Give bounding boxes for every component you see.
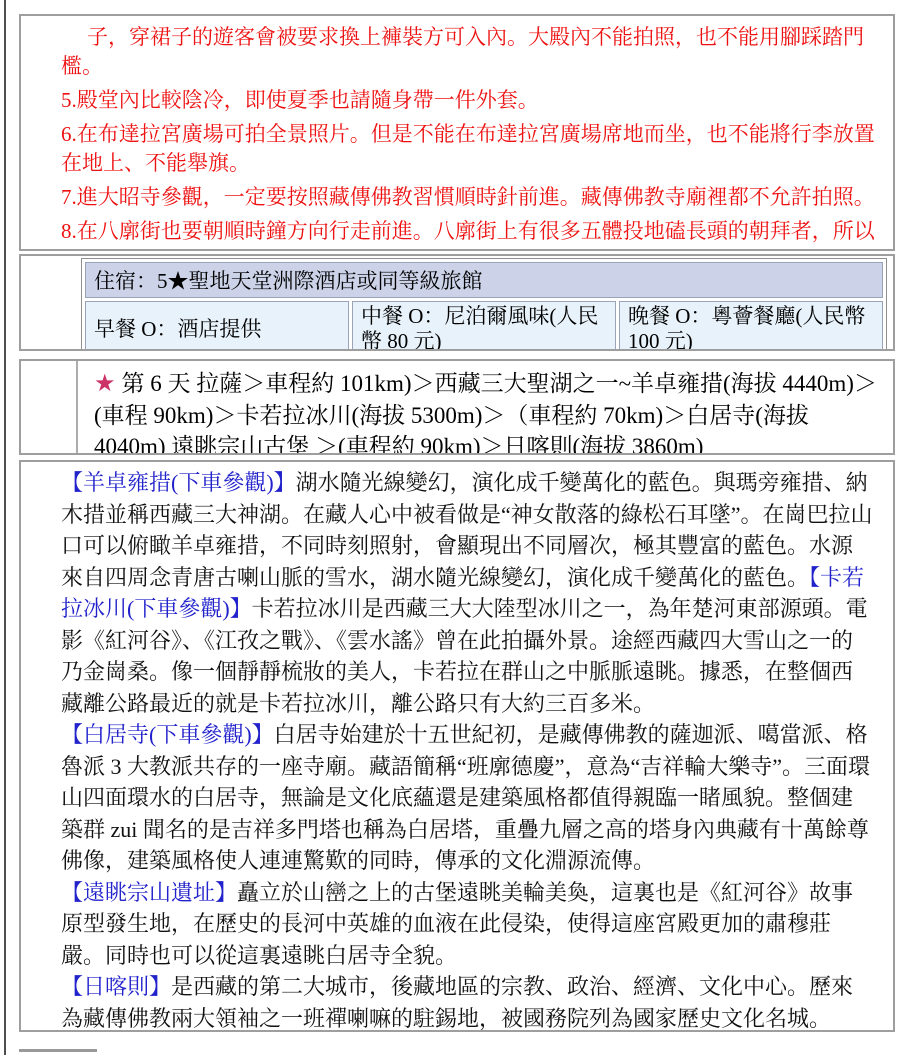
- note-line: 子，穿裙子的遊客會被要求換上褲裝方可入內。大殿內不能拍照，也不能用腳踩踏門檻。: [61, 23, 881, 81]
- section-title: 【羊卓雍措(下車參觀)】: [61, 470, 296, 495]
- meals-table: 住宿：5★聖地天堂洲際酒店或同等級旅館 早餐 O：酒店提供 中餐 O：尼泊爾風味…: [81, 258, 887, 351]
- section-title: 【白居寺(下車參觀)】: [61, 722, 274, 747]
- section-paragraph: 【遠眺宗山遺址】矗立於山巒之上的古堡遠眺美輪美奐，這裏也是《紅河谷》故事原型發生…: [61, 877, 873, 972]
- section-paragraph: 【日喀則】是西藏的第二大城市，後藏地區的宗教、政治、經濟、文化中心。歷來為藏傳佛…: [61, 971, 873, 1032]
- document-page: 子，穿裙子的遊客會被要求換上褲裝方可入內。大殿內不能拍照，也不能用腳踩踏門檻。 …: [0, 0, 912, 1055]
- day-header-box: ★第 6 天 拉薩＞車程約 101km)＞西藏三大聖湖之一~羊卓雍措(海拔 44…: [19, 359, 895, 455]
- day-header-spacer: [21, 361, 78, 453]
- section-title: 【日喀則】: [61, 974, 171, 999]
- dinner-cell: 晚餐 O：粵薈餐廳(人民幣 100 元): [619, 301, 883, 351]
- notes-box: 子，穿裙子的遊客會被要求換上褲裝方可入內。大殿內不能拍照，也不能用腳踩踏門檻。 …: [19, 14, 895, 251]
- next-section-edge: [19, 1049, 97, 1052]
- note-line: 7.進大昭寺參觀，一定要按照藏傳佛教習慣順時針前進。藏傳佛教寺廟裡都不允許拍照。: [61, 183, 881, 212]
- meals-box: 住宿：5★聖地天堂洲際酒店或同等級旅館 早餐 O：酒店提供 中餐 O：尼泊爾風味…: [19, 254, 895, 351]
- page-left-border: [4, 0, 6, 1055]
- section-text: 是西藏的第二大城市，後藏地區的宗教、政治、經濟、文化中心。歷來為藏傳佛教兩大領袖…: [61, 974, 853, 1031]
- lunch-cell: 中餐 O：尼泊爾風味(人民幣 80 元): [352, 301, 616, 351]
- note-line: 6.在布達拉宮廣場可拍全景照片。但是不能在布達拉宮廣場席地而坐，也不能將行李放置…: [61, 120, 881, 178]
- day-header-text: 第 6 天 拉薩＞車程約 101km)＞西藏三大聖湖之一~羊卓雍措(海拔 444…: [94, 371, 877, 455]
- accommodation-cell: 住宿：5★聖地天堂洲際酒店或同等級旅館: [85, 262, 883, 298]
- breakfast-cell: 早餐 O：酒店提供: [85, 301, 349, 351]
- description-box: 【羊卓雍措(下車參觀)】湖水隨光線變幻，演化成千變萬化的藍色。與瑪旁雍措、納木措…: [19, 460, 895, 1032]
- accommodation-row: 住宿：5★聖地天堂洲際酒店或同等級旅館: [85, 262, 883, 298]
- star-icon: ★: [94, 371, 116, 397]
- note-line: 5.殿堂內比較陰冷，即使夏季也請隨身帶一件外套。: [61, 86, 881, 115]
- section-paragraph: 【白居寺(下車參觀)】白居寺始建於十五世紀初，是藏傳佛教的薩迦派、噶當派、格魯派…: [61, 719, 873, 877]
- note-line: 8.在八廓街也要朝順時鐘方向行走前進。八廓街上有很多五體投地磕長頭的朝拜者，所以…: [61, 217, 881, 251]
- meals-row: 早餐 O：酒店提供 中餐 O：尼泊爾風味(人民幣 80 元) 晚餐 O：粵薈餐廳…: [85, 301, 883, 351]
- day-header: ★第 6 天 拉薩＞車程約 101km)＞西藏三大聖湖之一~羊卓雍措(海拔 44…: [78, 361, 893, 453]
- section-title: 【遠眺宗山遺址】: [61, 880, 237, 905]
- section-paragraph: 【羊卓雍措(下車參觀)】湖水隨光線變幻，演化成千變萬化的藍色。與瑪旁雍措、納木措…: [61, 467, 873, 719]
